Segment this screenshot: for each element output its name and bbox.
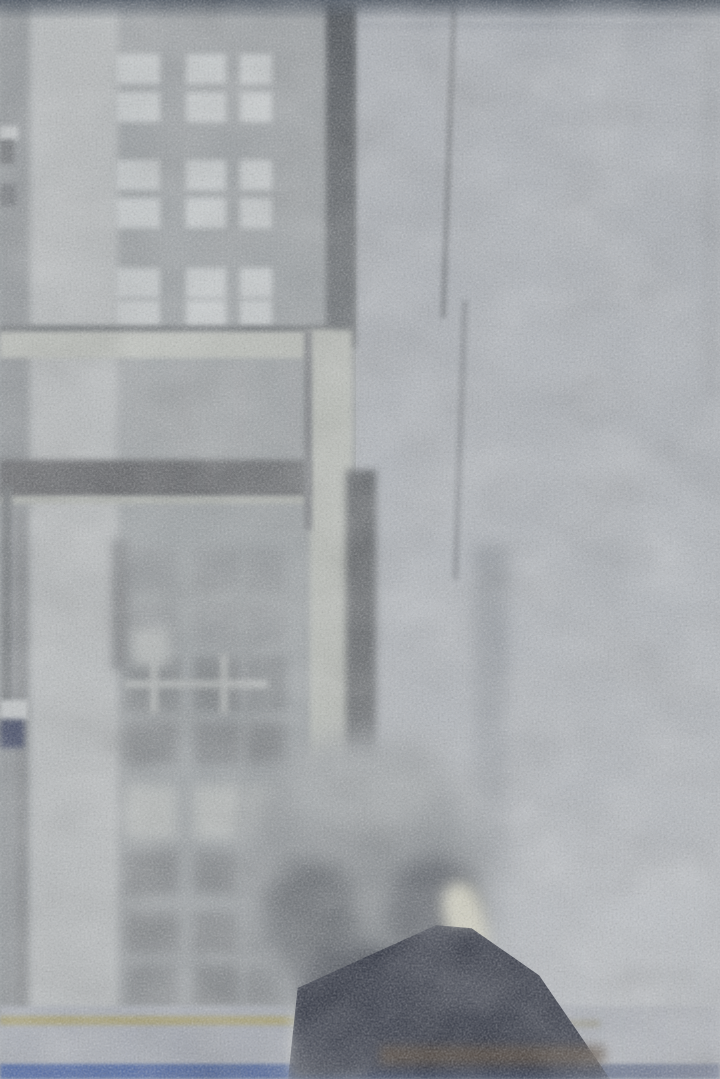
left-tick-dark-2 [0, 184, 16, 206]
window-upper-cell [240, 92, 272, 122]
window-upper-cell [116, 300, 160, 330]
fine-grain-layer [0, 0, 720, 1079]
window-low-dark-cell [126, 912, 178, 954]
facade-bg [0, 0, 356, 1022]
right-wall [350, 0, 720, 1079]
base-wall [0, 0, 720, 1079]
window-low-light-cell [126, 786, 176, 838]
window-upper-cell [116, 160, 160, 190]
window-low-dark-cell [126, 852, 178, 894]
window-upper-cell [116, 92, 160, 122]
sill-light-patch [292, 1004, 368, 1074]
frame-left-notch-light [0, 700, 28, 720]
figure-body-brown-edge [380, 1046, 605, 1064]
frame-left-notch-dark [0, 720, 24, 748]
figure-head-dark-right [392, 858, 476, 958]
window-mid-faint-cell [126, 604, 178, 648]
blotch-grain-layer [0, 0, 720, 1079]
window-upper-cell [240, 54, 272, 84]
window-upper-cell [240, 300, 272, 330]
film-still-photo [0, 0, 720, 1079]
pilaster-column [30, 0, 118, 1018]
window-cross-row-cell [194, 656, 242, 712]
frame-left-line-outer [2, 486, 12, 738]
facade-left-strip [0, 0, 34, 1022]
wall-pipe-upper [440, 6, 457, 318]
film-grain-overlay [0, 0, 720, 1079]
window-cross-row-cell [126, 656, 180, 712]
window-low-dark-cell [194, 722, 240, 764]
frame-left-line-inner [16, 514, 26, 1014]
frame-bar-dark [0, 460, 324, 498]
figure-body [288, 922, 610, 1079]
facade-light-patch [132, 628, 170, 666]
top-strip [0, 0, 720, 20]
window-mullion-v1 [150, 654, 158, 714]
frame-stile-light [310, 330, 352, 1020]
window-upper-cell [240, 160, 272, 190]
window-low-light-cell [246, 786, 286, 838]
sill-tan-line-faint [390, 1020, 600, 1027]
figure-head-dark-lower [300, 946, 420, 1016]
window-mid-faint-cell [126, 548, 178, 592]
window-upper-cell [186, 268, 226, 298]
window-upper-cell [240, 268, 272, 298]
frame-bar-top-edge [0, 325, 334, 335]
frame-bar-light [0, 332, 334, 358]
window-upper-cell [186, 198, 226, 228]
wall-pipe-shadow-lower [474, 545, 508, 1015]
window-upper-cell [116, 268, 160, 298]
window-mid-faint-cell [246, 548, 286, 592]
window-low-dark-cell [246, 964, 286, 1006]
frame-stile-left-line [304, 330, 312, 530]
frame-top-dark-edge [326, 0, 356, 348]
window-upper-cell [186, 92, 226, 122]
window-upper-cell [186, 54, 226, 84]
frame-bar-dark-bottom-edge [0, 496, 322, 504]
figure-head-top-light [284, 756, 434, 826]
window-low-dark-cell [246, 852, 286, 894]
window-low-dark-cell [194, 912, 240, 954]
window-low-light-cell [194, 786, 240, 838]
window-low-dark-cell [126, 964, 178, 1006]
figure-head [256, 765, 462, 1000]
wall-seam-horizontal [336, 21, 720, 29]
frame-stile-dark-right [346, 470, 376, 850]
window-upper-cell [116, 198, 160, 228]
window-mullion-v2 [220, 654, 228, 714]
window-low-dark-cell [126, 722, 178, 764]
window-mullion-h [124, 680, 268, 688]
facade-mid-streaks [118, 352, 356, 462]
window-low-dark-cell [246, 912, 286, 954]
figure-halo [240, 735, 490, 1025]
window-cross-row-cell [246, 656, 286, 712]
window-low-dark-cell [194, 964, 240, 1006]
wall-pipe-mid [452, 300, 468, 580]
figure-highlight [436, 878, 494, 963]
window-mid-faint-cell [194, 604, 240, 648]
facade-dark-streak [112, 540, 130, 670]
window-upper-cell [240, 198, 272, 228]
window-upper-cell [186, 300, 226, 330]
bottom-blue-strip [0, 1064, 720, 1079]
window-low-dark-cell [194, 852, 240, 894]
window-upper-cell [186, 160, 226, 190]
window-mid-faint-cell [246, 604, 286, 648]
sill-band [0, 1006, 720, 1070]
left-tick-light [0, 126, 18, 140]
right-edge-shade [702, 0, 720, 400]
left-tick-dark-1 [0, 140, 14, 164]
figure-head-dark-left [268, 862, 354, 970]
sill-tan-line [0, 1016, 390, 1025]
window-mid-faint-cell [194, 548, 240, 592]
window-upper-cell [116, 54, 160, 84]
window-low-dark-cell [246, 722, 286, 764]
right-wall-bright-corner [560, 840, 720, 1079]
